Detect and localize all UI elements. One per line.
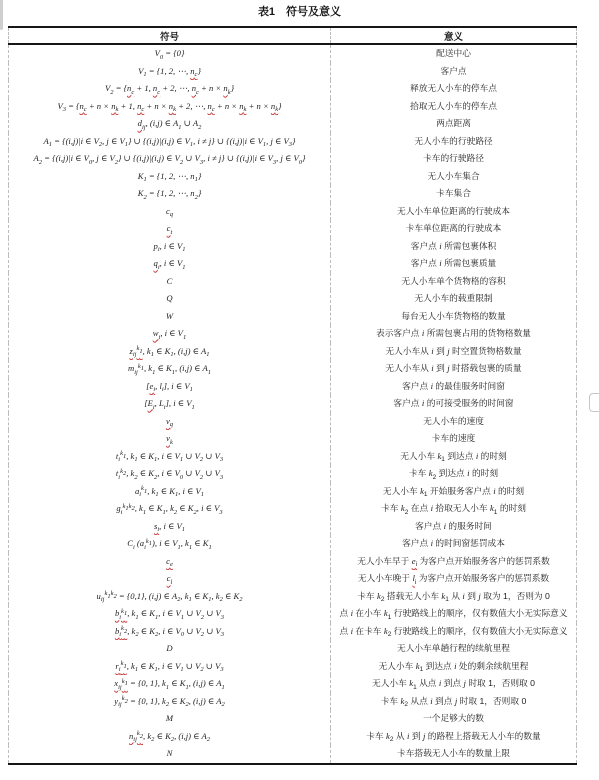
table-row: D 无人小车单趟行程的续航里程 (9, 640, 577, 658)
meaning-cell: 客户点 i 的最佳服务时间窗 (331, 378, 577, 396)
meaning-cell: 卡车 k2 到达点 i 的时刻 (331, 465, 577, 483)
meaning-cell: 无人小车早于 ei 为客户点开始服务客户的惩罚系数 (331, 553, 577, 571)
meaning-cell: 一个足够大的数 (331, 710, 577, 728)
meaning-cell: 无人小车单个货物格的容积 (331, 273, 577, 291)
symbol-cell: tik2, k2 ∈ K2, i ∈ V0 ∪ V2 ∪ V3 (9, 465, 331, 483)
meaning-cell: 拾取无人小车的停车点 (331, 98, 577, 116)
meaning-cell: 无人小车的载重限制 (331, 290, 577, 308)
column-header-symbol: 符号 (9, 27, 331, 44)
table-row: cq 无人小车单位距离的行驶成本 (9, 203, 577, 221)
table-row: bik1, k1 ∈ K1, i ∈ V1 ∪ V2 ∪ V3 点 i 在小车 … (9, 605, 577, 623)
symbol-cell: K1 = {1, 2, ⋯, n1} (9, 168, 331, 186)
table-row: xijk1 = {0, 1}, k1 ∈ K1, (i,j) ∈ A1 无人小车… (9, 675, 577, 693)
meaning-cell: 无人小车的速度 (331, 413, 577, 431)
symbol-cell: wi, i ∈ V1 (9, 325, 331, 343)
meaning-cell: 卡车集合 (331, 185, 577, 203)
symbol-cell: cq (9, 203, 331, 221)
symbol-cell: zijk1, k1 ∈ K1, (i,j) ∈ A1 (9, 343, 331, 361)
symbol-cell: vq (9, 413, 331, 431)
symbol-cell: cl (9, 570, 331, 588)
symbol-cell: qi, i ∈ V1 (9, 255, 331, 273)
table-row: vk 卡车的速度 (9, 430, 577, 448)
table-row: uijk1k2 = {0,1}, (i,j) ∈ A2, k1 ∈ K1, k2… (9, 588, 577, 606)
meaning-cell: 客户点 i 的时间窗惩罚成本 (331, 535, 577, 553)
column-header-meaning: 意义 (331, 27, 577, 44)
table-row: zijk1, k1 ∈ K1, (i,j) ∈ A1 无人小车从 i 到 j 时… (9, 343, 577, 361)
table-row: si, i ∈ V1 客户点 i 的服务时间 (9, 518, 577, 536)
meaning-cell: 点 i 在小车 k1 行驶路线上的顺序，仅有数值大小无实际意义 (331, 605, 577, 623)
meaning-cell: 无人小车的行驶路径 (331, 133, 577, 151)
symbol-cell: uijk1k2 = {0,1}, (i,j) ∈ A2, k1 ∈ K1, k2… (9, 588, 331, 606)
symbol-cell: bik2, k2 ∈ K2, i ∈ V0 ∪ V2 ∪ V3 (9, 623, 331, 641)
table-row: qi, i ∈ V1 客户点 i 所需包裹质量 (9, 255, 577, 273)
table-row: vq 无人小车的速度 (9, 413, 577, 431)
symbol-cell: aik1, k1 ∈ K1, i ∈ V1 (9, 483, 331, 501)
table-row: K1 = {1, 2, ⋯, n1} 无人小车集合 (9, 168, 577, 186)
table-row: ce 无人小车早于 ei 为客户点开始服务客户的惩罚系数 (9, 553, 577, 571)
meaning-cell: 客户点 (331, 63, 577, 81)
symbol-cell: tik1, k1 ∈ K1, i ∈ V1 ∪ V2 ∪ V3 (9, 448, 331, 466)
symbol-cell: ct (9, 220, 331, 238)
table-row: aik1, k1 ∈ K1, i ∈ V1 无人小车 k1 开始服务客户点 i … (9, 483, 577, 501)
meaning-cell: 配送中心 (331, 44, 577, 63)
table-row: V1 = {1, 2, ⋯, nc} 客户点 (9, 63, 577, 81)
meaning-cell: 无人小车 k1 从点 i 到点 j 时取 1，否则取 0 (331, 675, 577, 693)
meaning-cell: 客户点 i 所需包裹体积 (331, 238, 577, 256)
meaning-cell: 点 i 在卡车 k2 行驶路线上的顺序，仅有数值大小无实际意义 (331, 623, 577, 641)
table-row: M 一个足够大的数 (9, 710, 577, 728)
table-row: dij, (i,j) ∈ A1 ∪ A2 两点距离 (9, 115, 577, 133)
table-row: Ci (aik1), i ∈ V1, k1 ∈ K1 客户点 i 的时间窗惩罚成… (9, 535, 577, 553)
table-row: W 每台无人小车货物格的数量 (9, 308, 577, 326)
symbol-cell: [ei, li], i ∈ V1 (9, 378, 331, 396)
meaning-cell: 无人小车从 i 到 j 时搭载包裹的质量 (331, 360, 577, 378)
meaning-cell: 卡车的速度 (331, 430, 577, 448)
symbol-cell: K2 = {1, 2, ⋯, n2} (9, 185, 331, 203)
table-row: wi, i ∈ V1 表示客户点 i 所需包裹占用的货物格数量 (9, 325, 577, 343)
symbol-cell: dij, (i,j) ∈ A1 ∪ A2 (9, 115, 331, 133)
meaning-cell: 卡车搭载无人小车的数量上限 (331, 745, 577, 764)
meaning-cell: 无人小车 k1 到达点 i 处的剩余续航里程 (331, 658, 577, 676)
symbol-cell: gik1k2, k1 ∈ K1, k2 ∈ K2, i ∈ V3 (9, 500, 331, 518)
page: 表1 符号及意义 符号 意义 V0 = {0} 配送中心 V1 = {1, 2,… (0, 0, 599, 780)
meaning-cell: 卡车 k2 在点 i 拾取无人小车 k1 的时刻 (331, 500, 577, 518)
symbol-cell: A2 = {(i,j)|i ∈ V0, j ∈ V2} ∪ {(i,j)|(i,… (9, 150, 331, 168)
meaning-cell: 无人小车集合 (331, 168, 577, 186)
table-row: Q 无人小车的载重限制 (9, 290, 577, 308)
table-row: K2 = {1, 2, ⋯, n2} 卡车集合 (9, 185, 577, 203)
table-row: tik2, k2 ∈ K2, i ∈ V0 ∪ V2 ∪ V3 卡车 k2 到达… (9, 465, 577, 483)
symbol-cell: V2 = {nc + 1, nc + 2, ⋯, nc + n × nk} (9, 80, 331, 98)
meaning-cell: 无人小车 k1 开始服务客户点 i 的时刻 (331, 483, 577, 501)
side-control-fragment[interactable] (589, 393, 599, 412)
meaning-cell: 卡车 k2 搭载无人小车 k1 从 i 到 j 取为 1，否则为 0 (331, 588, 577, 606)
table-row: cl 无人小车晚于 li 为客户点开始服务客户的惩罚系数 (9, 570, 577, 588)
table-row: rik1, k1 ∈ K1, i ∈ V1 ∪ V2 ∪ V3 无人小车 k1 … (9, 658, 577, 676)
symbol-cell: vk (9, 430, 331, 448)
symbol-cell: pi, i ∈ V1 (9, 238, 331, 256)
table-row: yijk2 = {0, 1}, k2 ∈ K2, (i,j) ∈ A2 卡车 k… (9, 693, 577, 711)
meaning-cell: 无人小车单趟行程的续航里程 (331, 640, 577, 658)
header-row: 符号 意义 (9, 27, 577, 44)
meaning-cell: 无人小车 k1 到达点 i 的时刻 (331, 448, 577, 466)
symbol-cell: V1 = {1, 2, ⋯, nc} (9, 63, 331, 81)
table-row: [ei, li], i ∈ V1 客户点 i 的最佳服务时间窗 (9, 378, 577, 396)
symbol-cell: rik1, k1 ∈ K1, i ∈ V1 ∪ V2 ∪ V3 (9, 658, 331, 676)
symbol-cell: Ci (aik1), i ∈ V1, k1 ∈ K1 (9, 535, 331, 553)
symbol-cell: W (9, 308, 331, 326)
symbol-cell: A1 = {(i,j)|i ∈ V2, j ∈ V1} ∪ {(i,j)|(i,… (9, 133, 331, 151)
table-header: 符号 意义 (9, 27, 577, 44)
meaning-cell: 两点距离 (331, 115, 577, 133)
meaning-cell: 卡车的行驶路径 (331, 150, 577, 168)
meaning-cell: 表示客户点 i 所需包裹占用的货物格数量 (331, 325, 577, 343)
symbol-cell: Q (9, 290, 331, 308)
table-row: gik1k2, k1 ∈ K1, k2 ∈ K2, i ∈ V3 卡车 k2 在… (9, 500, 577, 518)
table-title: 表1 符号及意义 (0, 3, 599, 19)
table-row: A1 = {(i,j)|i ∈ V2, j ∈ V1} ∪ {(i,j)|(i,… (9, 133, 577, 151)
symbol-cell: mijk1, k1 ∈ K1, (i,j) ∈ A1 (9, 360, 331, 378)
table-row: bik2, k2 ∈ K2, i ∈ V0 ∪ V2 ∪ V3 点 i 在卡车 … (9, 623, 577, 641)
symbol-cell: D (9, 640, 331, 658)
table-body: V0 = {0} 配送中心 V1 = {1, 2, ⋯, nc} 客户点 V2 … (9, 44, 577, 764)
symbols-table: 符号 意义 V0 = {0} 配送中心 V1 = {1, 2, ⋯, nc} 客… (8, 26, 577, 765)
meaning-cell: 卡车单位距离的行驶成本 (331, 220, 577, 238)
meaning-cell: 客户点 i 所需包裹质量 (331, 255, 577, 273)
symbol-cell: N (9, 745, 331, 764)
meaning-cell: 无人小车单位距离的行驶成本 (331, 203, 577, 221)
table-row: ct 卡车单位距离的行驶成本 (9, 220, 577, 238)
meaning-cell: 客户点 i 的可接受服务的时间窗 (331, 395, 577, 413)
symbol-cell: yijk2 = {0, 1}, k2 ∈ K2, (i,j) ∈ A2 (9, 693, 331, 711)
table-row: C 无人小车单个货物格的容积 (9, 273, 577, 291)
meaning-cell: 卡车 k2 从点 i 到点 j 时取 1，否则取 0 (331, 693, 577, 711)
meaning-cell: 卡车 k2 从 i 到 j 的路程上搭载无人小车的数量 (331, 728, 577, 746)
symbol-cell: nijk2, k2 ∈ K2, (i,j) ∈ A2 (9, 728, 331, 746)
meaning-cell: 释放无人小车的停车点 (331, 80, 577, 98)
meaning-cell: 每台无人小车货物格的数量 (331, 308, 577, 326)
table-row: V2 = {nc + 1, nc + 2, ⋯, nc + n × nk} 释放… (9, 80, 577, 98)
table-row: pi, i ∈ V1 客户点 i 所需包裹体积 (9, 238, 577, 256)
table-row: nijk2, k2 ∈ K2, (i,j) ∈ A2 卡车 k2 从 i 到 j… (9, 728, 577, 746)
symbol-cell: V3 = {nc + n × nk + 1, nc + n × nk + 2, … (9, 98, 331, 116)
symbol-cell: ce (9, 553, 331, 571)
table-row: A2 = {(i,j)|i ∈ V0, j ∈ V2} ∪ {(i,j)|(i,… (9, 150, 577, 168)
symbol-cell: xijk1 = {0, 1}, k1 ∈ K1, (i,j) ∈ A1 (9, 675, 331, 693)
table-row: [Ei, Li], i ∈ V1 客户点 i 的可接受服务的时间窗 (9, 395, 577, 413)
table-row: N 卡车搭载无人小车的数量上限 (9, 745, 577, 764)
meaning-cell: 无人小车晚于 li 为客户点开始服务客户的惩罚系数 (331, 570, 577, 588)
meaning-cell: 客户点 i 的服务时间 (331, 518, 577, 536)
symbol-cell: si, i ∈ V1 (9, 518, 331, 536)
table-row: tik1, k1 ∈ K1, i ∈ V1 ∪ V2 ∪ V3 无人小车 k1 … (9, 448, 577, 466)
table-row: V3 = {nc + n × nk + 1, nc + n × nk + 2, … (9, 98, 577, 116)
symbol-cell: bik1, k1 ∈ K1, i ∈ V1 ∪ V2 ∪ V3 (9, 605, 331, 623)
table-row: mijk1, k1 ∈ K1, (i,j) ∈ A1 无人小车从 i 到 j 时… (9, 360, 577, 378)
symbol-cell: [Ei, Li], i ∈ V1 (9, 395, 331, 413)
meaning-cell: 无人小车从 i 到 j 时空置货物格数量 (331, 343, 577, 361)
symbol-cell: C (9, 273, 331, 291)
table-row: V0 = {0} 配送中心 (9, 44, 577, 63)
symbol-cell: M (9, 710, 331, 728)
symbol-cell: V0 = {0} (9, 44, 331, 63)
